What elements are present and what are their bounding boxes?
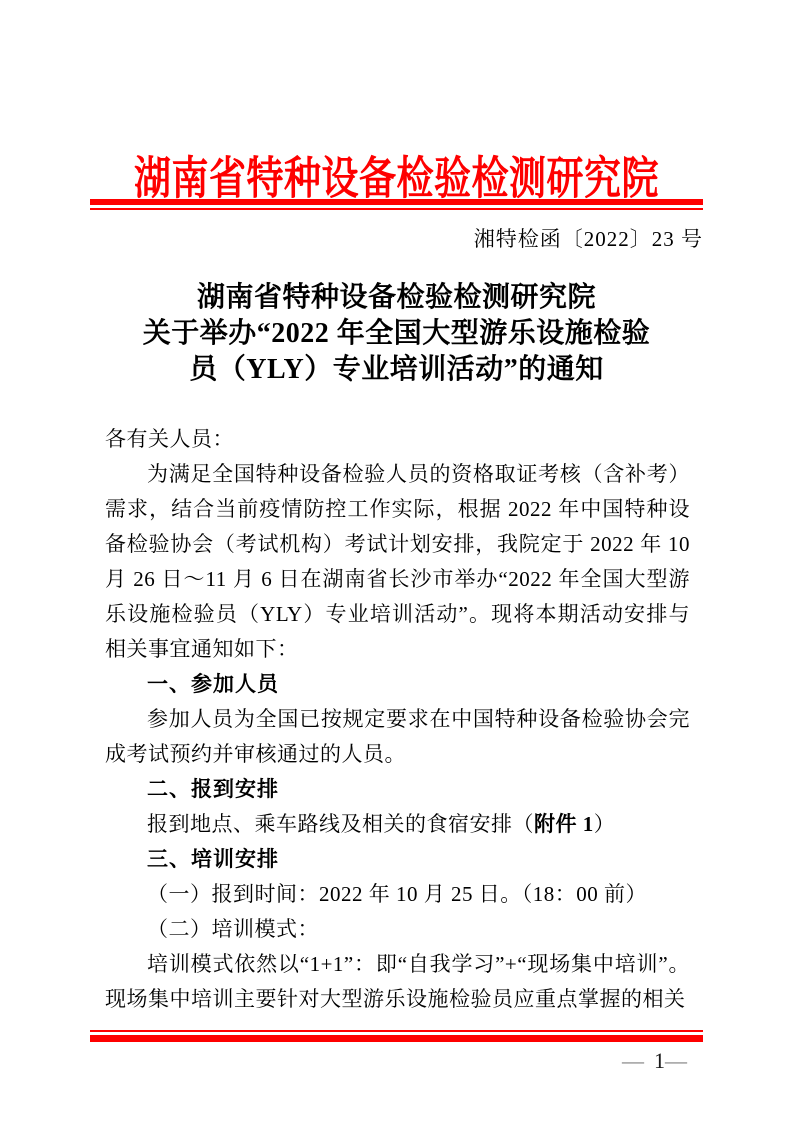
section1-paragraph: 参加人员为全国已按规定要求在中国特种设备检验协会完成考试预约并审核通过的人员。	[105, 702, 690, 772]
document-title-line-3: 员（YLY）专业培训活动”的通知	[0, 352, 793, 388]
section2-paragraph: 报到地点、乘车路线及相关的食宿安排（附件 1）	[105, 807, 690, 842]
section2-text-close: ）	[594, 812, 616, 836]
section3-item2: （二）培训模式：	[105, 912, 690, 947]
page-number: —1—	[622, 1048, 687, 1074]
intro-paragraph: 为满足全国特种设备检验人员的资格取证考核（含补考）需求，结合当前疫情防控工作实际…	[105, 457, 690, 667]
document-title-line-1: 湖南省特种设备检验检测研究院	[0, 280, 793, 316]
letterhead-double-rule	[90, 199, 703, 210]
section2-text: 报到地点、乘车路线及相关的食宿安排（	[147, 812, 534, 836]
section3-item1: （一）报到时间：2022 年 10 月 25 日。（18：00 前）	[105, 877, 690, 912]
page-number-dash-left: —	[622, 1048, 644, 1073]
footer-double-rule	[90, 1030, 703, 1042]
section3-paragraph: 培训模式依然以“1+1”：即“自我学习”+“现场集中培训”。现场集中培训主要针对…	[105, 947, 690, 1017]
attachment-1-reference: 附件 1	[534, 812, 594, 836]
rule-thin-bar	[90, 208, 703, 210]
document-title-line-2: 关于举办“2022 年全国大型游乐设施检验	[0, 316, 793, 352]
salutation: 各有关人员：	[105, 422, 690, 457]
page-number-value: 1	[654, 1048, 665, 1073]
section2-heading: 二、报到安排	[105, 772, 690, 807]
section3-heading: 三、培训安排	[105, 842, 690, 877]
letterhead-org-title: 湖南省特种设备检验检测研究院	[0, 141, 793, 207]
rule-thick-bar	[90, 1035, 703, 1042]
document-body: 各有关人员： 为满足全国特种设备检验人员的资格取证考核（含补考）需求，结合当前疫…	[105, 422, 690, 1017]
document-title: 湖南省特种设备检验检测研究院 关于举办“2022 年全国大型游乐设施检验 员（Y…	[0, 280, 793, 388]
document-page: 湖南省特种设备检验检测研究院 湘特检函〔2022〕23 号 湖南省特种设备检验检…	[0, 0, 793, 1122]
section1-heading: 一、参加人员	[105, 667, 690, 702]
document-number: 湘特检函〔2022〕23 号	[474, 226, 703, 252]
page-number-dash-right: —	[665, 1048, 687, 1073]
